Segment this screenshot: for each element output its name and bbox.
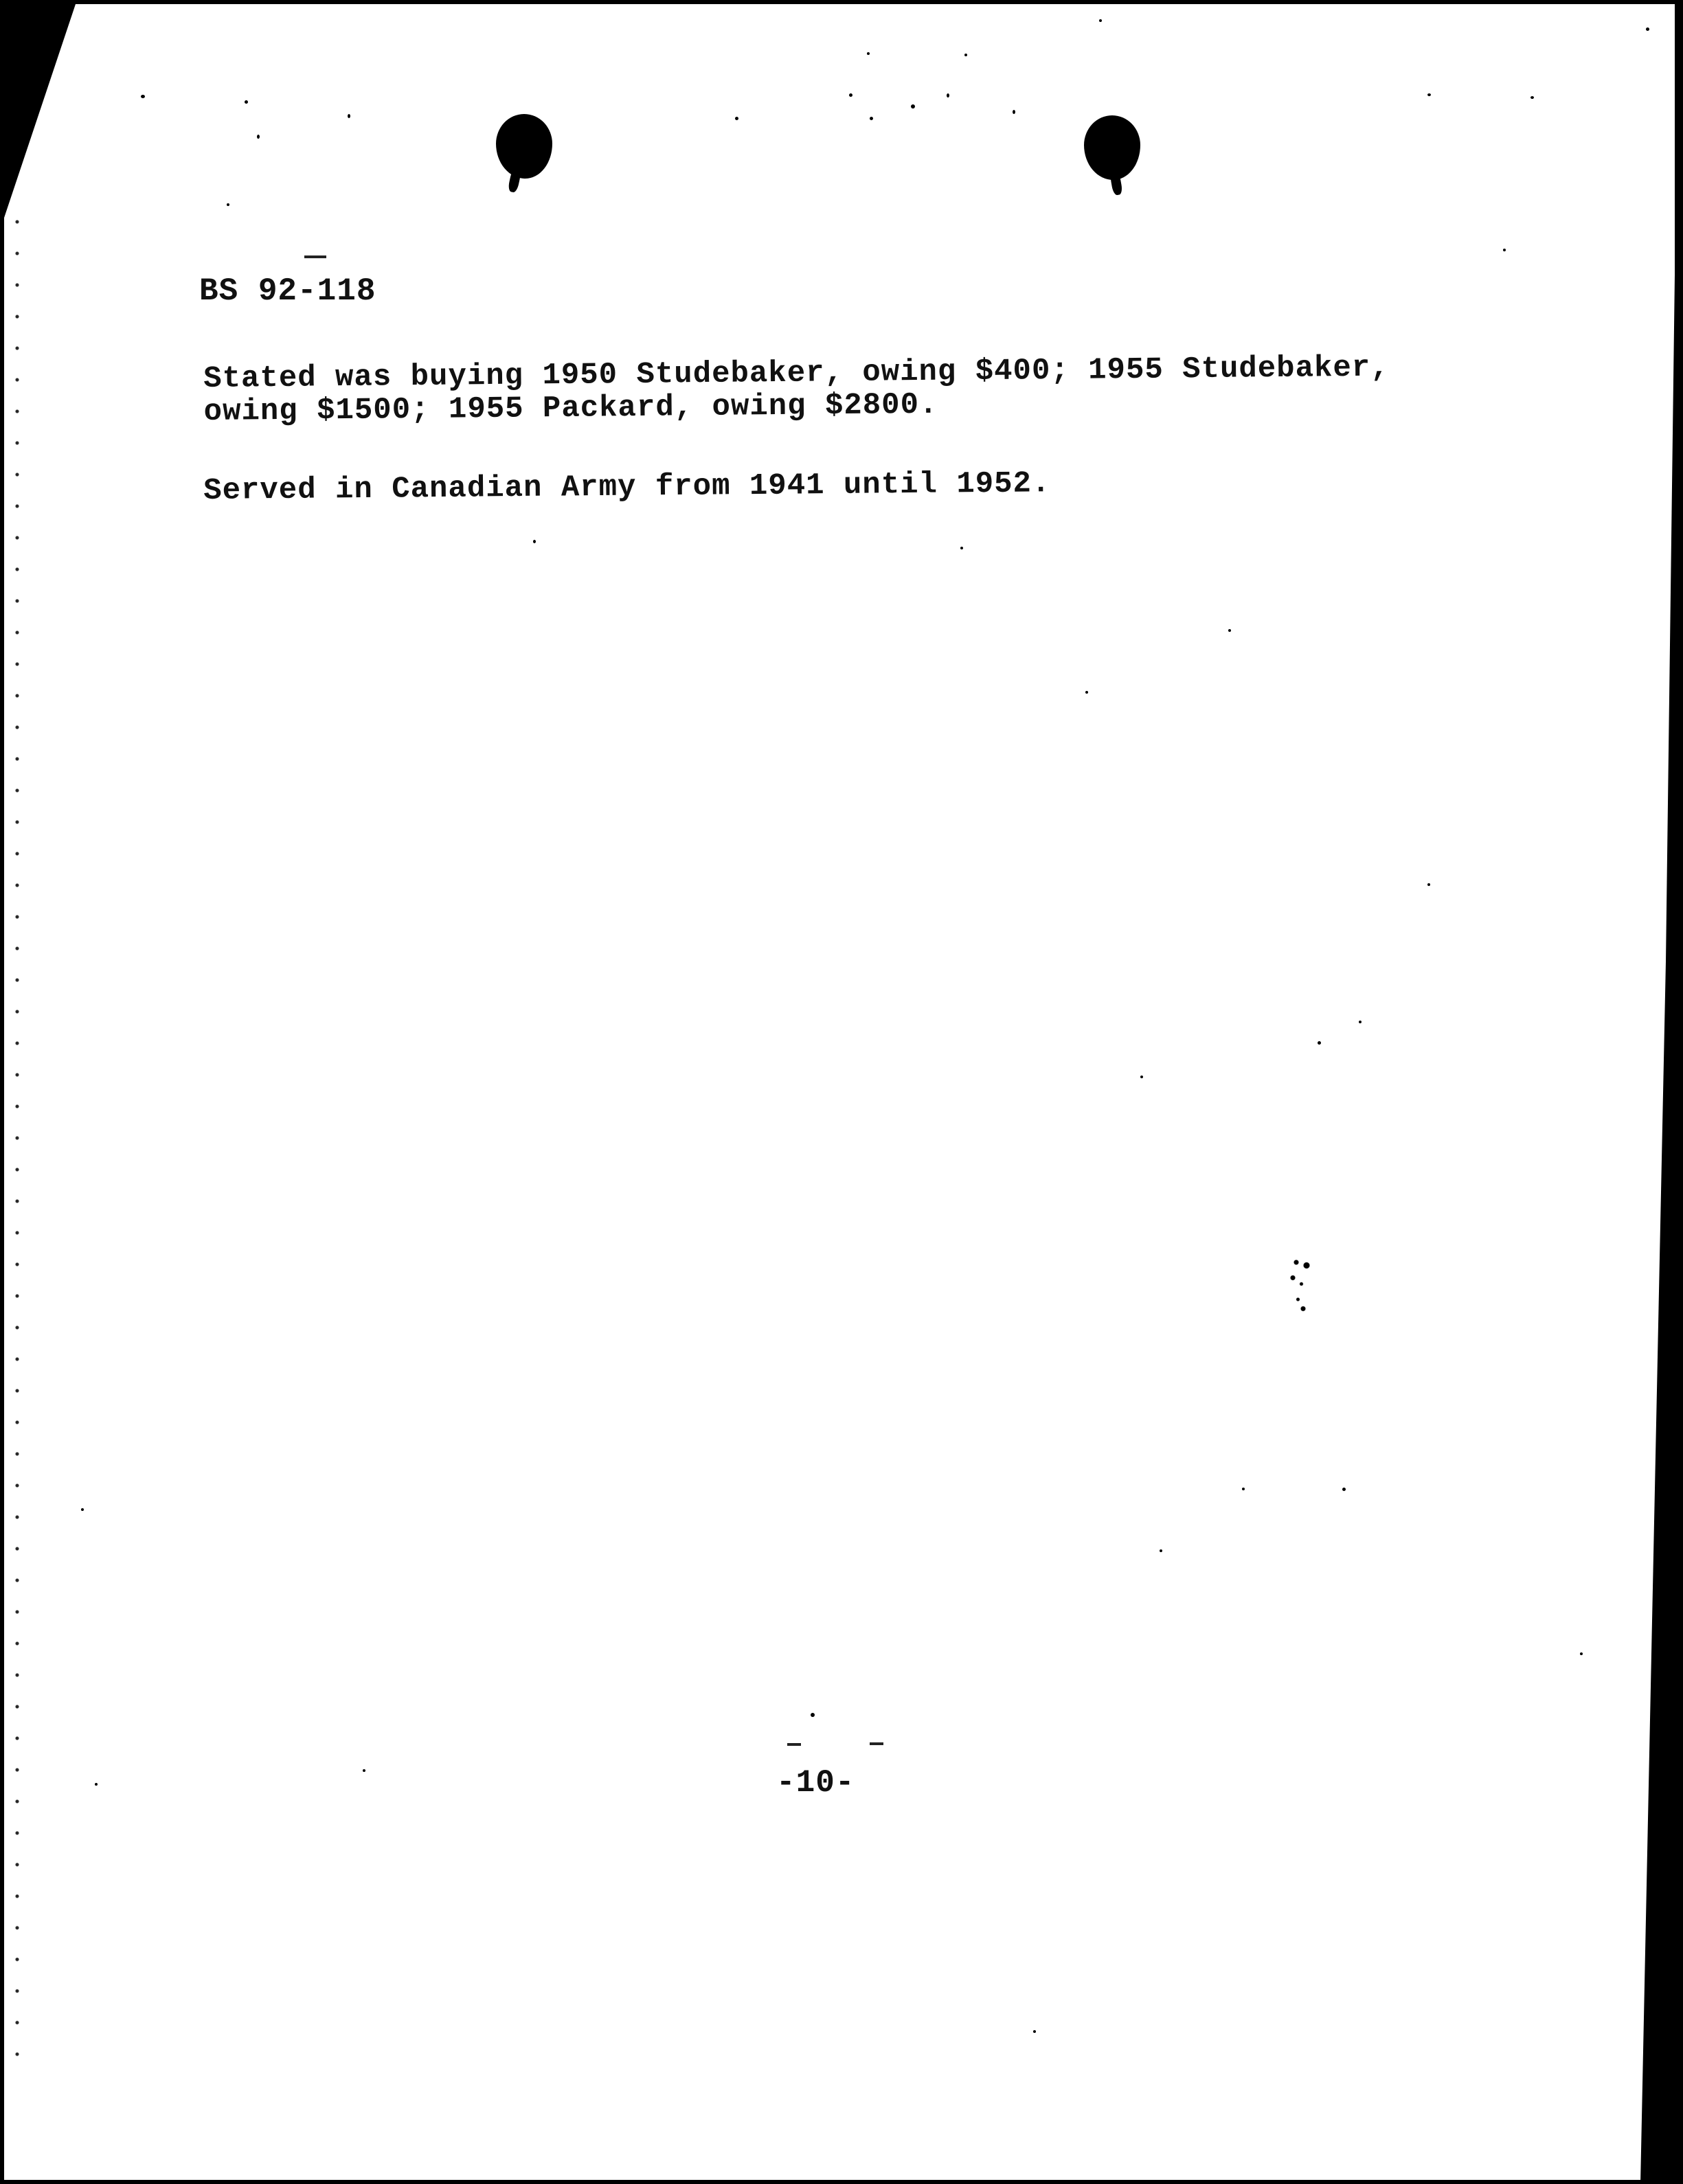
- ink-smudge: [1286, 1250, 1320, 1312]
- file-number: BS 92-118: [199, 273, 376, 309]
- speck: [81, 1508, 84, 1511]
- speck: [1160, 1549, 1162, 1552]
- speck: [141, 95, 145, 98]
- speck: [1427, 883, 1430, 886]
- punch-hole-right: [1084, 115, 1140, 180]
- speck: [1646, 27, 1649, 31]
- margin-noise: [12, 206, 22, 2060]
- speck: [95, 1783, 98, 1786]
- speck: [245, 100, 248, 104]
- speck: [1503, 249, 1506, 251]
- speck: [1580, 1652, 1583, 1655]
- speck: [1318, 1041, 1321, 1045]
- speck: [947, 93, 949, 98]
- speck: [911, 104, 915, 109]
- scan-border-bottom: [0, 2180, 1683, 2184]
- file-number-overmark: [304, 255, 326, 258]
- speck: [1242, 1488, 1245, 1490]
- speck: [227, 203, 229, 206]
- speck: [257, 135, 260, 139]
- speck: [1342, 1488, 1346, 1491]
- speck: [870, 117, 873, 120]
- speck: [1013, 110, 1015, 114]
- speck: [735, 117, 738, 120]
- speck: [1427, 93, 1431, 96]
- speck: [348, 114, 350, 118]
- page-number-overmark: [787, 1743, 801, 1746]
- scan-border-right: [1601, 0, 1683, 2184]
- speck: [811, 1713, 815, 1717]
- speck: [533, 540, 536, 543]
- speck: [1530, 96, 1534, 99]
- punch-hole-left: [496, 114, 552, 179]
- speck: [1033, 2030, 1036, 2033]
- military-service-paragraph: Served in Canadian Army from 1941 until …: [203, 466, 1051, 508]
- speck: [1140, 1076, 1143, 1078]
- vehicles-paragraph: Stated was buying 1950 Studebaker, owing…: [203, 351, 1390, 429]
- speck: [1099, 19, 1102, 22]
- speck: [1359, 1021, 1362, 1023]
- vehicles-line-2: owing $1500; 1955 Packard, owing $2800.: [203, 388, 938, 429]
- speck: [849, 93, 852, 97]
- speck: [960, 547, 963, 549]
- page-number-overmark: [870, 1742, 883, 1745]
- scan-border-top: [0, 0, 1683, 4]
- page-number: -10-: [776, 1765, 855, 1801]
- speck: [1228, 629, 1231, 632]
- speck: [867, 52, 870, 55]
- speck: [1085, 691, 1088, 694]
- speck: [964, 54, 967, 56]
- scanned-page: BS 92-118 Stated was buying 1950 Studeba…: [0, 0, 1683, 2184]
- speck: [363, 1769, 365, 1772]
- scan-border-left: [0, 206, 4, 2184]
